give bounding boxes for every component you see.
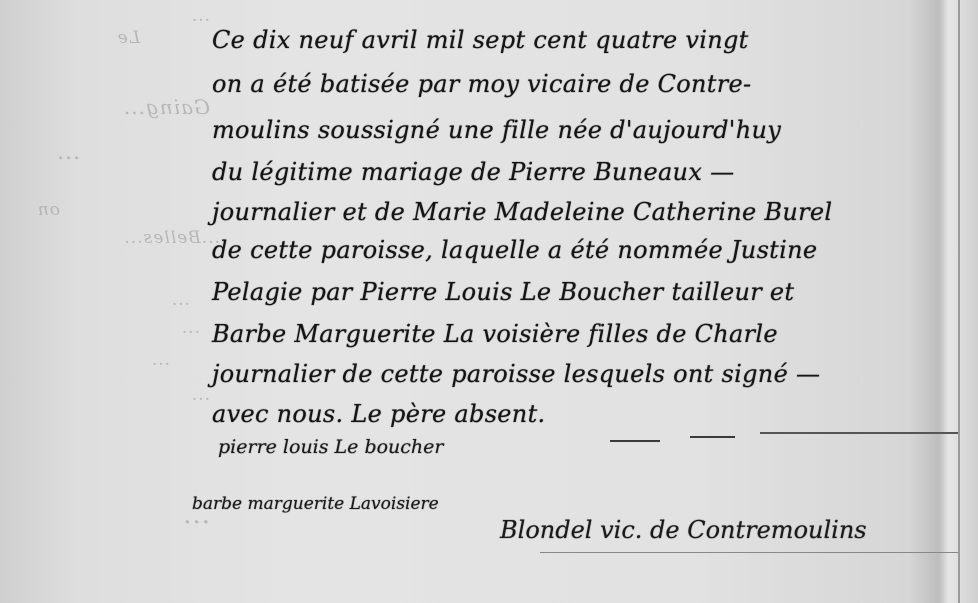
entry-line-9: journalier de cette paroisse lesquels on… [212,360,820,388]
divider-line [540,552,960,553]
bleed-line: ... [181,318,200,338]
entry-line-1: Ce dix neuf avril mil sept cent quatre v… [212,26,749,54]
entry-line-7: Pelagie par Pierre Louis Le Boucher tail… [212,278,794,306]
entry-line-4: du légitime mariage de Pierre Buneaux — [212,158,734,186]
bleed-line: ...Belles... [123,228,220,248]
entry-line-3: moulins soussigné une fille née d'aujour… [212,116,781,144]
bleed-line: ... [191,6,210,26]
bleed-line: on [37,200,60,220]
bleed-line: Le [117,28,140,48]
divider-line [690,436,735,438]
bleed-line: ... [191,385,210,405]
signature-godfather: pierre louis Le boucher [218,436,444,458]
entry-line-6: de cette paroisse, laquelle a été nommée… [212,236,817,264]
divider-line [610,440,660,442]
signature-vicar: Blondel vic. de Contremoulins [500,516,867,544]
page-gutter [958,0,960,603]
entry-line-2: on a été batisée par moy vicaire de Cont… [212,70,751,98]
bleed-line: ... [171,290,190,310]
divider-line [760,432,960,434]
bleed-line: ... [151,350,170,370]
register-page: ... Le Gaing... ... on ...Belles... ... … [0,0,978,603]
signature-godmother: barbe marguerite Lavoisiere [192,494,439,514]
entry-line-5: journalier et de Marie Madeleine Catheri… [212,198,832,226]
entry-line-8: Barbe Marguerite La voisière filles de C… [212,320,778,348]
bleed-line: ... [56,140,80,165]
bleed-line: Gaing... [123,95,210,119]
entry-line-10: avec nous. Le père absent. [212,400,545,428]
